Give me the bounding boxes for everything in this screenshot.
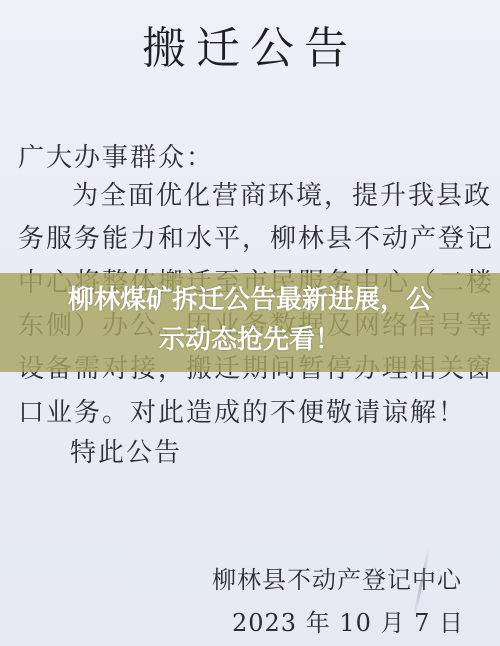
body-line-6: 口业务。对此造成的不便敬请谅解！ <box>18 392 466 429</box>
body-line-2: 务服务能力和水平，柳林县不动产登记 <box>18 218 494 255</box>
issue-date: 2023 年 10 月 7 日 <box>232 603 464 638</box>
headline-overlay: 柳林煤矿拆迁公告最新进展，公 示动态抢先看！ <box>10 280 490 360</box>
closing-text: 特此公告 <box>70 432 182 469</box>
notice-title: 搬迁公告 <box>0 12 500 76</box>
salutation: 广大办事群众： <box>18 137 214 174</box>
headline-line-1: 柳林煤矿拆迁公告最新进展，公 <box>10 280 490 320</box>
headline-line-2: 示动态抢先看！ <box>10 320 490 360</box>
body-line-1: 为全面优化营商环境，提升我县政 <box>44 175 492 212</box>
